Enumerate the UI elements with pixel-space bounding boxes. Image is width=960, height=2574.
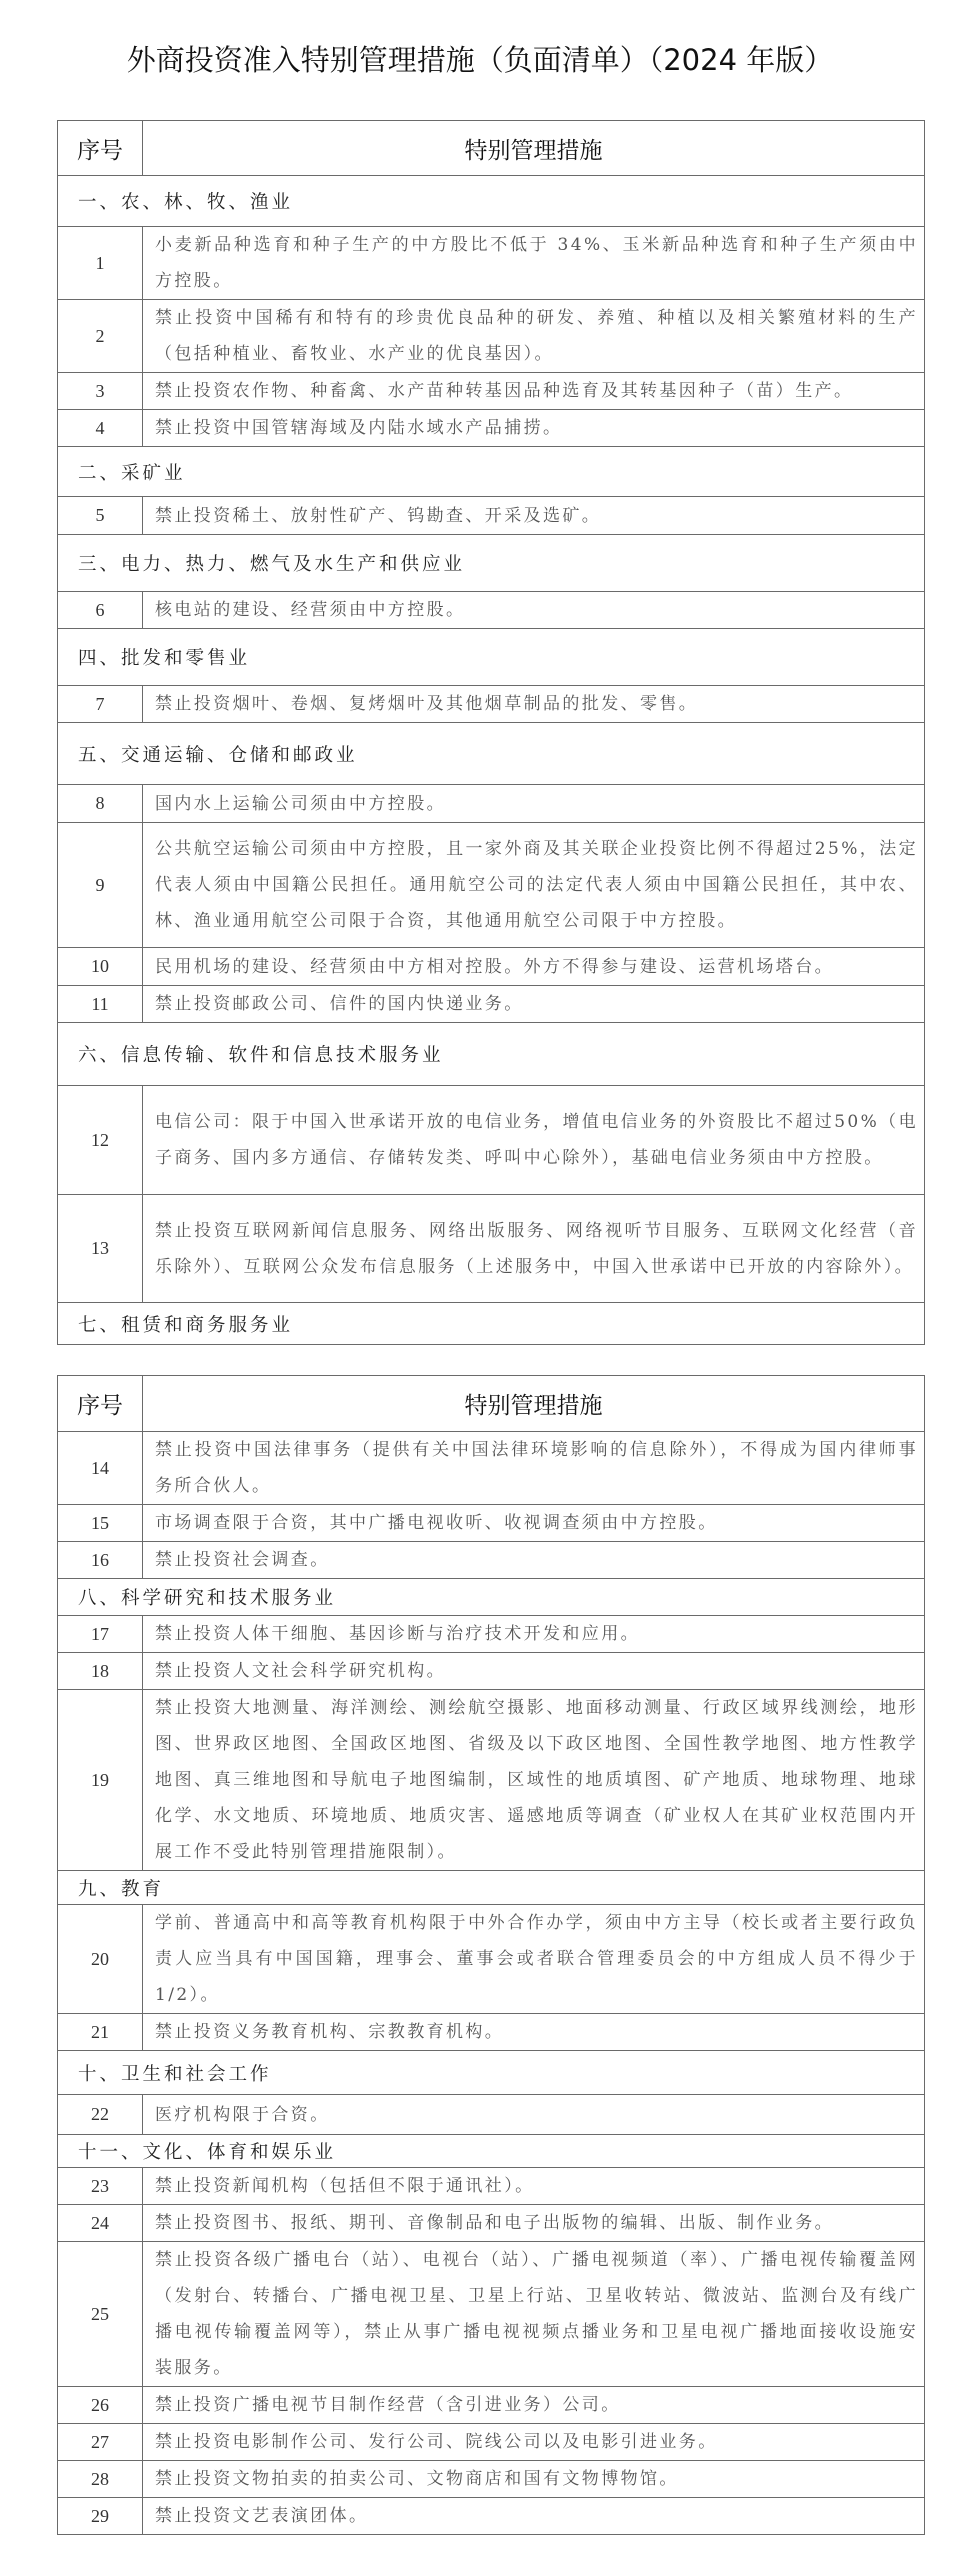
section-title: 八、科学研究和技术服务业 bbox=[58, 1579, 925, 1616]
measure-text: 民用机场的建设、经营须由中方相对控股。外方不得参与建设、运营机场塔台。 bbox=[143, 948, 925, 986]
section-title: 三、电力、热力、燃气及水生产和供应业 bbox=[58, 535, 925, 592]
item-number: 2 bbox=[58, 300, 143, 373]
item-number: 5 bbox=[58, 497, 143, 535]
item-number: 18 bbox=[58, 1653, 143, 1690]
table-row: 5禁止投资稀土、放射性矿产、钨勘查、开采及选矿。 bbox=[58, 497, 925, 535]
measure-text: 禁止投资烟叶、卷烟、复烤烟叶及其他烟草制品的批发、零售。 bbox=[143, 686, 925, 723]
table-row: 23禁止投资新闻机构（包括但不限于通讯社）。 bbox=[58, 2168, 925, 2205]
section-title: 七、租赁和商务服务业 bbox=[58, 1303, 925, 1345]
item-number: 10 bbox=[58, 948, 143, 986]
table-header-row: 序号特别管理措施 bbox=[58, 121, 925, 176]
measure-text: 禁止投资图书、报纸、期刊、音像制品和电子出版物的编辑、出版、制作业务。 bbox=[143, 2205, 925, 2242]
table-row: 9公共航空运输公司须由中方控股，且一家外商及其关联企业投资比例不得超过25%，法… bbox=[58, 823, 925, 948]
section-title: 九、教育 bbox=[58, 1871, 925, 1905]
table-row: 28禁止投资文物拍卖的拍卖公司、文物商店和国有文物博物馆。 bbox=[58, 2461, 925, 2498]
measure-text: 禁止投资社会调查。 bbox=[143, 1542, 925, 1579]
item-number: 27 bbox=[58, 2424, 143, 2461]
table-row: 7禁止投资烟叶、卷烟、复烤烟叶及其他烟草制品的批发、零售。 bbox=[58, 686, 925, 723]
item-number: 19 bbox=[58, 1690, 143, 1871]
section-title: 十、卫生和社会工作 bbox=[58, 2051, 925, 2095]
measure-text: 禁止投资邮政公司、信件的国内快递业务。 bbox=[143, 986, 925, 1023]
measure-text: 禁止投资文艺表演团体。 bbox=[143, 2498, 925, 2535]
measure-text: 小麦新品种选育和种子生产的中方股比不低于 34%、玉米新品种选育和种子生产须由中… bbox=[143, 227, 925, 300]
section-row: 六、信息传输、软件和信息技术服务业 bbox=[58, 1023, 925, 1086]
measure-text: 学前、普通高中和高等教育机构限于中外合作办学，须由中方主导（校长或者主要行政负责… bbox=[143, 1905, 925, 2014]
item-number: 9 bbox=[58, 823, 143, 948]
column-header-measure: 特别管理措施 bbox=[143, 1376, 925, 1432]
item-number: 11 bbox=[58, 986, 143, 1023]
section-row: 十、卫生和社会工作 bbox=[58, 2051, 925, 2095]
item-number: 1 bbox=[58, 227, 143, 300]
measure-text: 禁止投资中国稀有和特有的珍贵优良品种的研发、养殖、种植以及相关繁殖材料的生产（包… bbox=[143, 300, 925, 373]
section-row: 三、电力、热力、燃气及水生产和供应业 bbox=[58, 535, 925, 592]
item-number: 3 bbox=[58, 373, 143, 410]
section-title: 五、交通运输、仓储和邮政业 bbox=[58, 723, 925, 785]
item-number: 6 bbox=[58, 592, 143, 629]
table-row: 17禁止投资人体干细胞、基因诊断与治疗技术开发和应用。 bbox=[58, 1616, 925, 1653]
measure-text: 禁止投资人文社会科学研究机构。 bbox=[143, 1653, 925, 1690]
measure-text: 国内水上运输公司须由中方控股。 bbox=[143, 785, 925, 823]
section-title: 十一、文化、体育和娱乐业 bbox=[58, 2135, 925, 2168]
measure-text: 禁止投资大地测量、海洋测绘、测绘航空摄影、地面移动测量、行政区域界线测绘，地形图… bbox=[143, 1690, 925, 1871]
table-header-row: 序号特别管理措施 bbox=[58, 1376, 925, 1432]
item-number: 20 bbox=[58, 1905, 143, 2014]
section-row: 八、科学研究和技术服务业 bbox=[58, 1579, 925, 1616]
negative-list-table-part-1: 序号特别管理措施一、农、林、牧、渔业1小麦新品种选育和种子生产的中方股比不低于 … bbox=[57, 120, 925, 1345]
measure-text: 禁止投资中国管辖海域及内陆水域水产品捕捞。 bbox=[143, 410, 925, 447]
section-row: 十一、文化、体育和娱乐业 bbox=[58, 2135, 925, 2168]
section-row: 七、租赁和商务服务业 bbox=[58, 1303, 925, 1345]
table-row: 8国内水上运输公司须由中方控股。 bbox=[58, 785, 925, 823]
table-row: 18禁止投资人文社会科学研究机构。 bbox=[58, 1653, 925, 1690]
section-row: 四、批发和零售业 bbox=[58, 629, 925, 686]
measure-text: 禁止投资中国法律事务（提供有关中国法律环境影响的信息除外），不得成为国内律师事务… bbox=[143, 1432, 925, 1505]
item-number: 17 bbox=[58, 1616, 143, 1653]
section-title: 一、农、林、牧、渔业 bbox=[58, 176, 925, 227]
table-row: 14禁止投资中国法律事务（提供有关中国法律环境影响的信息除外），不得成为国内律师… bbox=[58, 1432, 925, 1505]
item-number: 21 bbox=[58, 2014, 143, 2051]
table-row: 26禁止投资广播电视节目制作经营（含引进业务）公司。 bbox=[58, 2387, 925, 2424]
measure-text: 禁止投资农作物、种畜禽、水产苗种转基因品种选育及其转基因种子（苗）生产。 bbox=[143, 373, 925, 410]
table-row: 10民用机场的建设、经营须由中方相对控股。外方不得参与建设、运营机场塔台。 bbox=[58, 948, 925, 986]
item-number: 23 bbox=[58, 2168, 143, 2205]
item-number: 15 bbox=[58, 1505, 143, 1542]
table-row: 19禁止投资大地测量、海洋测绘、测绘航空摄影、地面移动测量、行政区域界线测绘，地… bbox=[58, 1690, 925, 1871]
table-row: 24禁止投资图书、报纸、期刊、音像制品和电子出版物的编辑、出版、制作业务。 bbox=[58, 2205, 925, 2242]
table-row: 11禁止投资邮政公司、信件的国内快递业务。 bbox=[58, 986, 925, 1023]
item-number: 12 bbox=[58, 1086, 143, 1195]
item-number: 28 bbox=[58, 2461, 143, 2498]
item-number: 4 bbox=[58, 410, 143, 447]
measure-text: 禁止投资稀土、放射性矿产、钨勘查、开采及选矿。 bbox=[143, 497, 925, 535]
table-row: 16禁止投资社会调查。 bbox=[58, 1542, 925, 1579]
section-row: 九、教育 bbox=[58, 1871, 925, 1905]
negative-list-table-part-2: 序号特别管理措施14禁止投资中国法律事务（提供有关中国法律环境影响的信息除外），… bbox=[57, 1375, 925, 2535]
item-number: 13 bbox=[58, 1195, 143, 1303]
table-row: 4禁止投资中国管辖海域及内陆水域水产品捕捞。 bbox=[58, 410, 925, 447]
item-number: 14 bbox=[58, 1432, 143, 1505]
table-row: 25禁止投资各级广播电台（站）、电视台（站）、广播电视频道（率）、广播电视传输覆… bbox=[58, 2242, 925, 2387]
table-row: 1小麦新品种选育和种子生产的中方股比不低于 34%、玉米新品种选育和种子生产须由… bbox=[58, 227, 925, 300]
measure-text: 电信公司：限于中国入世承诺开放的电信业务，增值电信业务的外资股比不超过50%（电… bbox=[143, 1086, 925, 1195]
table-row: 27禁止投资电影制作公司、发行公司、院线公司以及电影引进业务。 bbox=[58, 2424, 925, 2461]
item-number: 7 bbox=[58, 686, 143, 723]
table-row: 22医疗机构限于合资。 bbox=[58, 2095, 925, 2135]
measure-text: 禁止投资广播电视节目制作经营（含引进业务）公司。 bbox=[143, 2387, 925, 2424]
item-number: 25 bbox=[58, 2242, 143, 2387]
table-row: 6核电站的建设、经营须由中方控股。 bbox=[58, 592, 925, 629]
table-row: 29禁止投资文艺表演团体。 bbox=[58, 2498, 925, 2535]
item-number: 22 bbox=[58, 2095, 143, 2135]
section-title: 四、批发和零售业 bbox=[58, 629, 925, 686]
item-number: 29 bbox=[58, 2498, 143, 2535]
measure-text: 禁止投资文物拍卖的拍卖公司、文物商店和国有文物博物馆。 bbox=[143, 2461, 925, 2498]
measure-text: 禁止投资电影制作公司、发行公司、院线公司以及电影引进业务。 bbox=[143, 2424, 925, 2461]
table-row: 2禁止投资中国稀有和特有的珍贵优良品种的研发、养殖、种植以及相关繁殖材料的生产（… bbox=[58, 300, 925, 373]
item-number: 24 bbox=[58, 2205, 143, 2242]
measure-text: 医疗机构限于合资。 bbox=[143, 2095, 925, 2135]
measure-text: 市场调查限于合资，其中广播电视收听、收视调查须由中方控股。 bbox=[143, 1505, 925, 1542]
measure-text: 禁止投资新闻机构（包括但不限于通讯社）。 bbox=[143, 2168, 925, 2205]
item-number: 16 bbox=[58, 1542, 143, 1579]
column-header-no: 序号 bbox=[58, 121, 143, 176]
section-row: 二、采矿业 bbox=[58, 447, 925, 497]
measure-text: 公共航空运输公司须由中方控股，且一家外商及其关联企业投资比例不得超过25%，法定… bbox=[143, 823, 925, 948]
table-row: 13禁止投资互联网新闻信息服务、网络出版服务、网络视听节目服务、互联网文化经营（… bbox=[58, 1195, 925, 1303]
table-row: 3禁止投资农作物、种畜禽、水产苗种转基因品种选育及其转基因种子（苗）生产。 bbox=[58, 373, 925, 410]
column-header-no: 序号 bbox=[58, 1376, 143, 1432]
document-title: 外商投资准入特别管理措施（负面清单）（2024 年版） bbox=[0, 38, 960, 79]
section-row: 五、交通运输、仓储和邮政业 bbox=[58, 723, 925, 785]
section-row: 一、农、林、牧、渔业 bbox=[58, 176, 925, 227]
measure-text: 禁止投资义务教育机构、宗教教育机构。 bbox=[143, 2014, 925, 2051]
measure-text: 禁止投资人体干细胞、基因诊断与治疗技术开发和应用。 bbox=[143, 1616, 925, 1653]
table-row: 20学前、普通高中和高等教育机构限于中外合作办学，须由中方主导（校长或者主要行政… bbox=[58, 1905, 925, 2014]
table-row: 21禁止投资义务教育机构、宗教教育机构。 bbox=[58, 2014, 925, 2051]
measure-text: 禁止投资各级广播电台（站）、电视台（站）、广播电视频道（率）、广播电视传输覆盖网… bbox=[143, 2242, 925, 2387]
table-row: 12电信公司：限于中国入世承诺开放的电信业务，增值电信业务的外资股比不超过50%… bbox=[58, 1086, 925, 1195]
table-row: 15市场调查限于合资，其中广播电视收听、收视调查须由中方控股。 bbox=[58, 1505, 925, 1542]
measure-text: 核电站的建设、经营须由中方控股。 bbox=[143, 592, 925, 629]
section-title: 二、采矿业 bbox=[58, 447, 925, 497]
column-header-measure: 特别管理措施 bbox=[143, 121, 925, 176]
measure-text: 禁止投资互联网新闻信息服务、网络出版服务、网络视听节目服务、互联网文化经营（音乐… bbox=[143, 1195, 925, 1303]
item-number: 26 bbox=[58, 2387, 143, 2424]
section-title: 六、信息传输、软件和信息技术服务业 bbox=[58, 1023, 925, 1086]
item-number: 8 bbox=[58, 785, 143, 823]
